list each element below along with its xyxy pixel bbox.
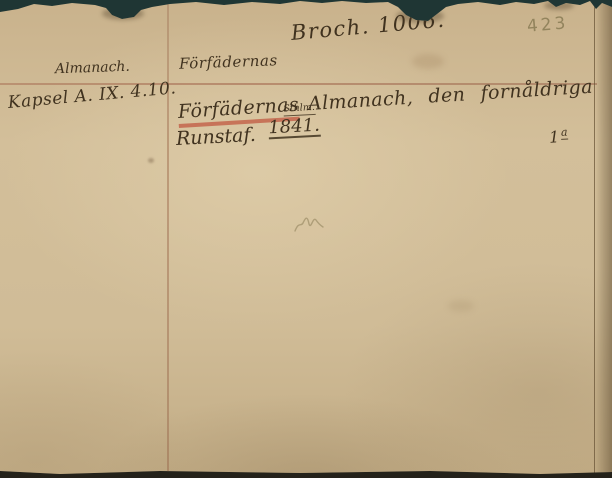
scan-surface: Broch. 1006. 423 Almanach. Förfädernas K… [0,0,612,478]
pencil-mark [292,206,326,236]
title-line-2: Runstaf. [175,124,256,150]
paper-stain [448,300,474,312]
edition-suffix: a [561,126,568,140]
collection-number: Broch. 1006. [290,8,446,45]
paper-stain [148,158,154,163]
imprint-year: 1841. [268,116,321,139]
catalog-card: Broch. 1006. 423 Almanach. Förfädernas K… [0,0,612,478]
ruled-line-vertical [167,3,169,472]
title-rest: Almanach, den fornåldriga [307,76,593,115]
left-column-header: Almanach. [55,59,130,78]
paper-stain [412,54,444,69]
edition-mark: 1a [548,126,568,147]
torn-edge-shadow [102,7,144,20]
edition-number: 1 [549,127,560,147]
imprint: Sthlm. 1841. [267,103,320,139]
corner-page-number: 423 [526,13,569,37]
card-right-edge-shadow [594,0,612,478]
imprint-place: Sthlm. [283,103,315,116]
torn-edge-shadow [544,1,574,10]
main-column-header: Förfädernas [179,51,278,72]
